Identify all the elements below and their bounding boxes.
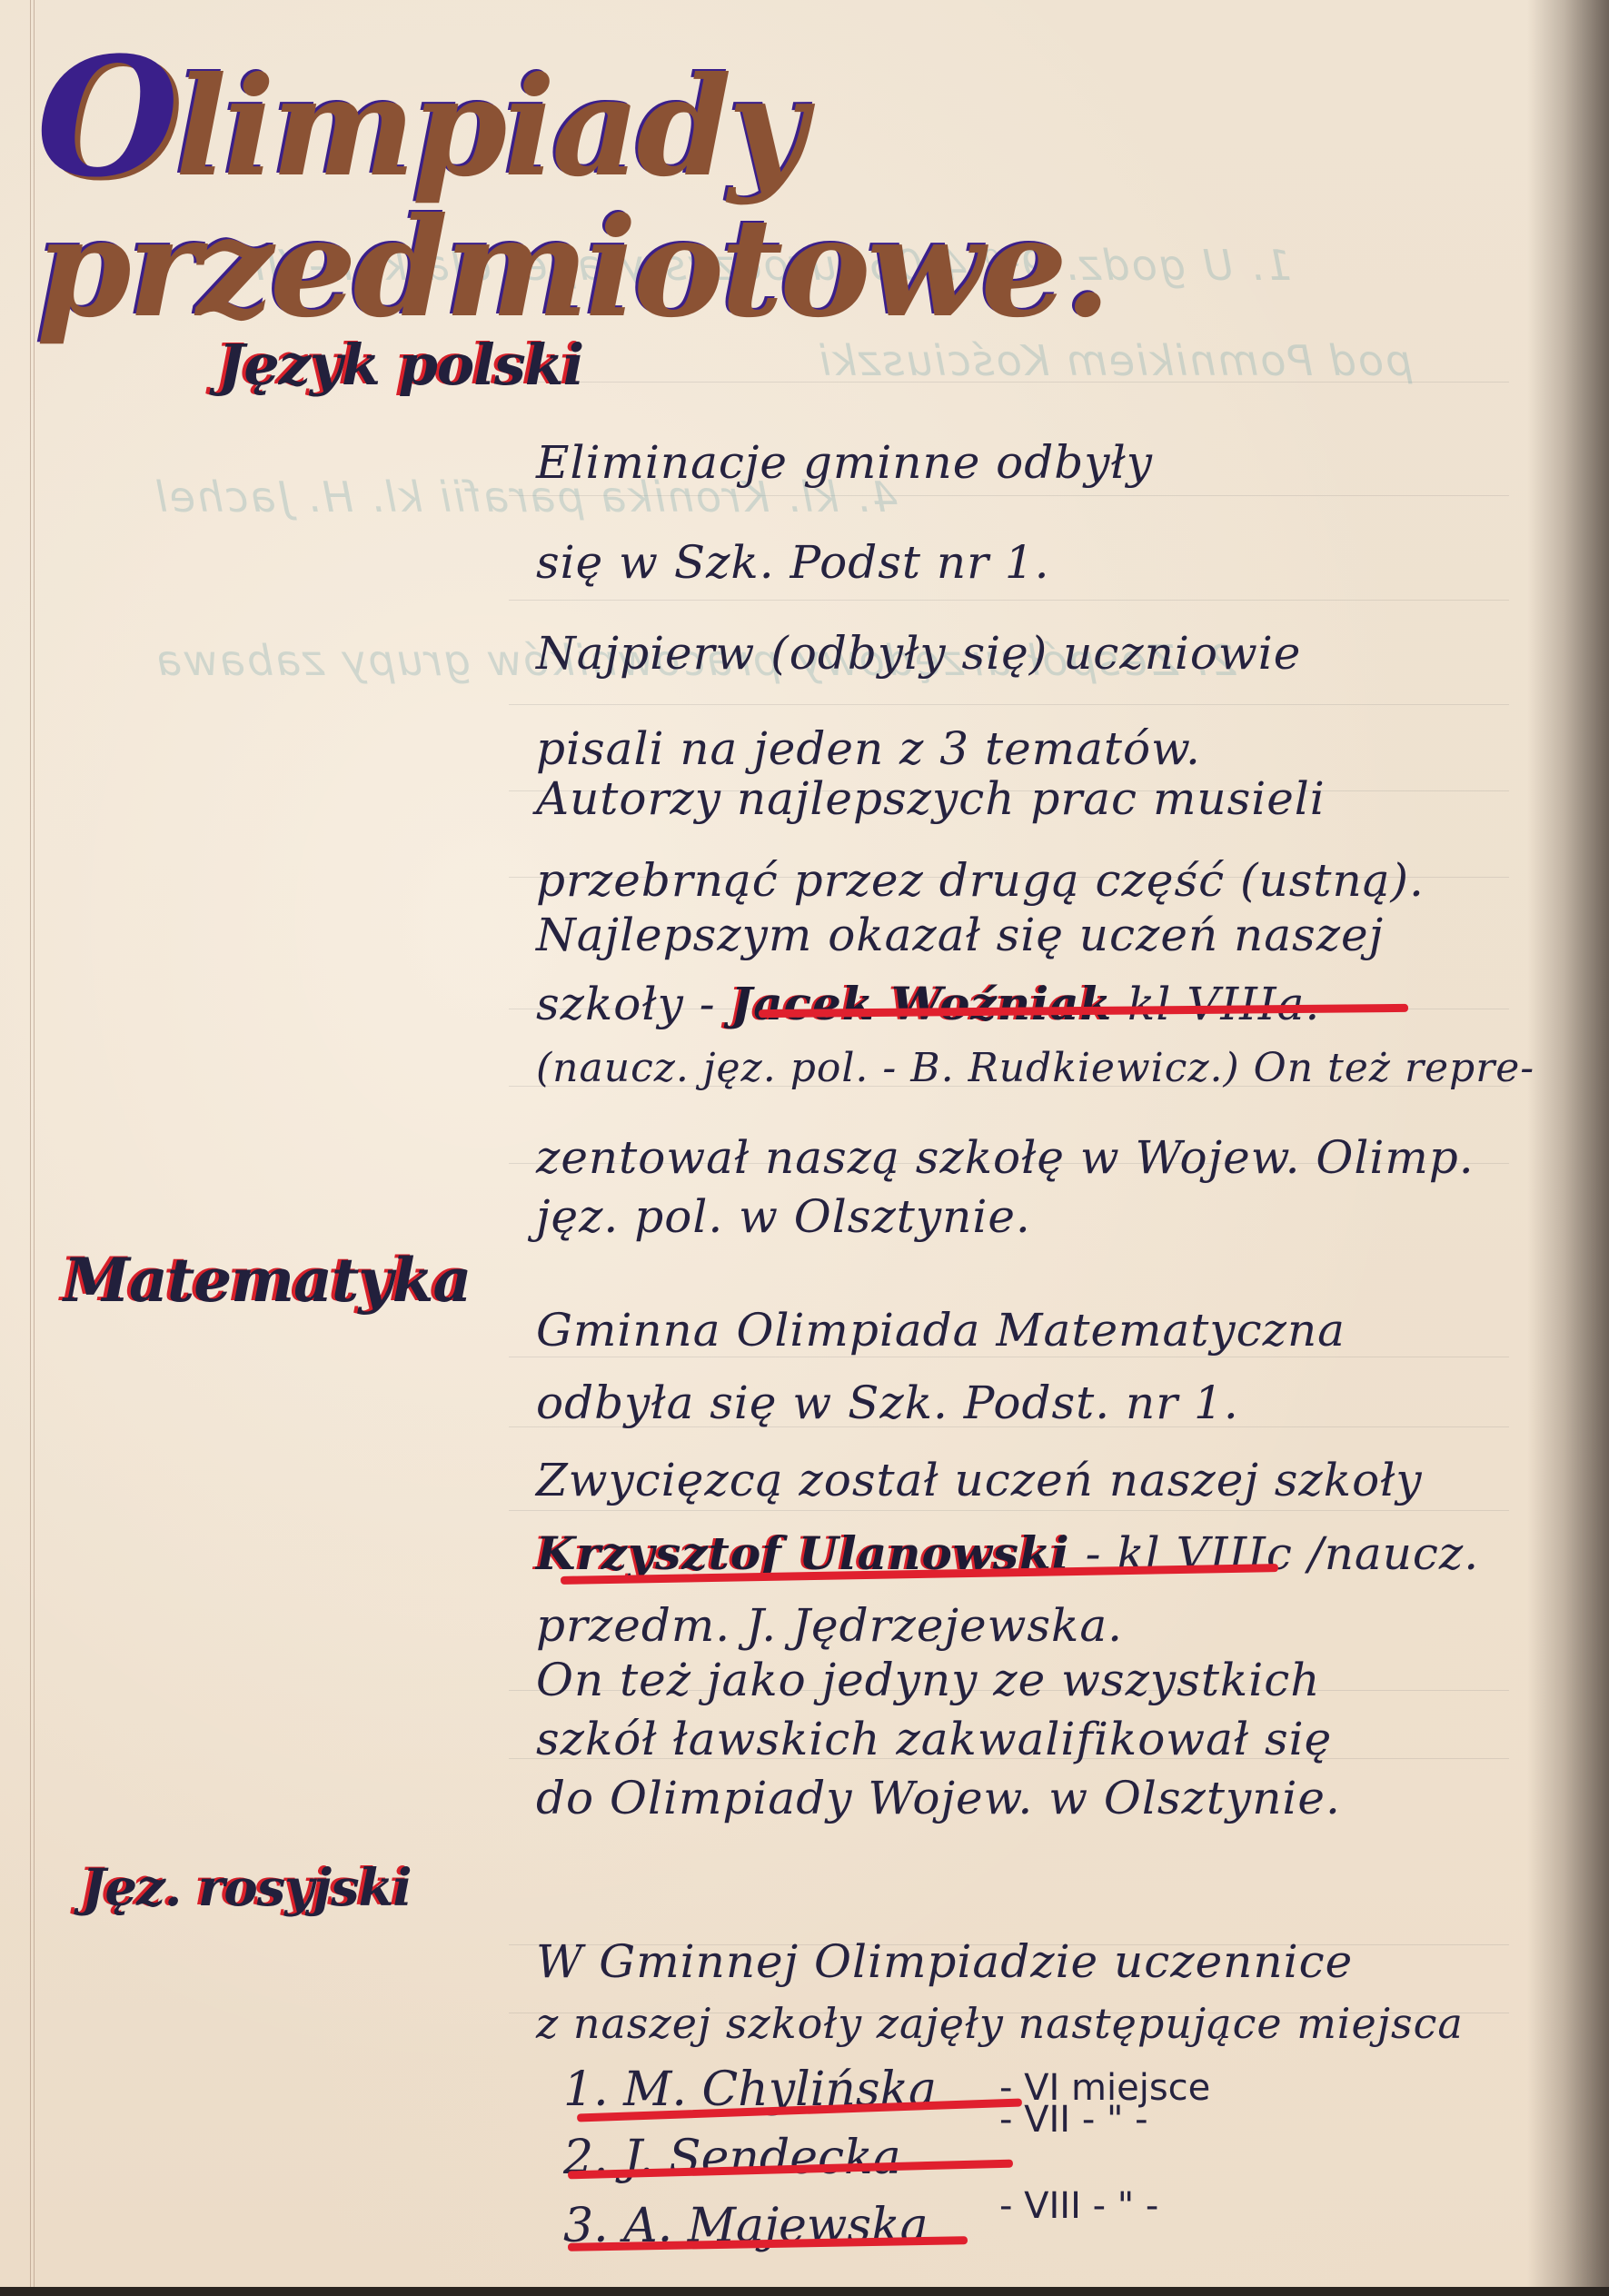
text-line: Autorzy najlepszych prac musieli [536,772,1326,825]
place-label: - VIII - " - [999,2185,1158,2227]
text-line: przebrnąć przez drugą część (ustną). [536,854,1425,907]
text-line: (naucz. jęz. pol. - B. Rudkiewicz.) On t… [536,1045,1535,1091]
section-heading-polish: Język polski [218,332,583,398]
page-title: Olimpiady przedmiotowe. [36,36,1609,336]
text-line: się w Szk. Podst nr 1. [536,536,1050,589]
student-name: J. Sendecka [623,2131,900,2185]
text-line: Zwycięzcą został uczeń naszej szkoły [536,1454,1423,1506]
winner-name-polish: Jacek Woźniak [731,977,1113,1030]
section-heading-math: Matematyka [64,1245,471,1316]
rank-number: 1. [563,2062,609,2117]
text-line: szkół ławskich zakwalifikował się [536,1713,1332,1765]
place-label: - VII - " - [999,2099,1148,2141]
text-line: przedm. J. Jędrzejewska. [536,1599,1123,1652]
text-line: zentował naszą szkołę w Wojew. Olimp. [536,1131,1475,1184]
text-line: Eliminacje gminne odbyły [536,436,1153,489]
ruled-line [509,600,1509,601]
text-line: Najlepszym okazał się uczeń naszej [536,909,1384,961]
text-line: do Olimpiady Wojew. w Olsztynie. [536,1772,1341,1824]
text-line: z naszej szkoły zajęły następujące miejs… [536,1999,1464,2048]
margin-rule [30,0,31,2296]
text-line: Gminna Olimpiada Matematyczna [536,1304,1346,1357]
binding-shadow [1527,0,1609,2296]
ruled-line [509,704,1509,705]
notebook-page: 1. U godz. 9³⁰ 4.06. uroczysty apel dla … [0,0,1609,2296]
page-bottom-edge [0,2287,1609,2296]
ruled-line [509,1357,1509,1357]
title-initial: O [36,22,175,214]
section-heading-russian: Jęz. rosyjski [82,1858,412,1918]
text-line: jęz. pol. w Olsztynie. [536,1190,1031,1243]
text-fragment: szkoły - [536,978,731,1030]
text-line: szkoły - Jacek Woźniak kl VIIIa. [536,977,1320,1030]
text-line: W Gminnej Olimpiadzie uczennice [536,1935,1353,1988]
text-line: Najpierw (odbyły się) uczniowie [536,627,1301,680]
ruled-line [509,1510,1509,1511]
text-line: pisali na jeden z 3 tematów. [536,722,1201,775]
title-rest: limpiady przedmiotowe. [36,47,1107,348]
text-fragment: /naucz. [1308,1527,1479,1580]
text-line: odbyła się w Szk. Podst. nr 1. [536,1377,1239,1429]
text-line: On też jako jedyny ze wszystkich [536,1654,1320,1706]
margin-rule [34,0,35,2296]
